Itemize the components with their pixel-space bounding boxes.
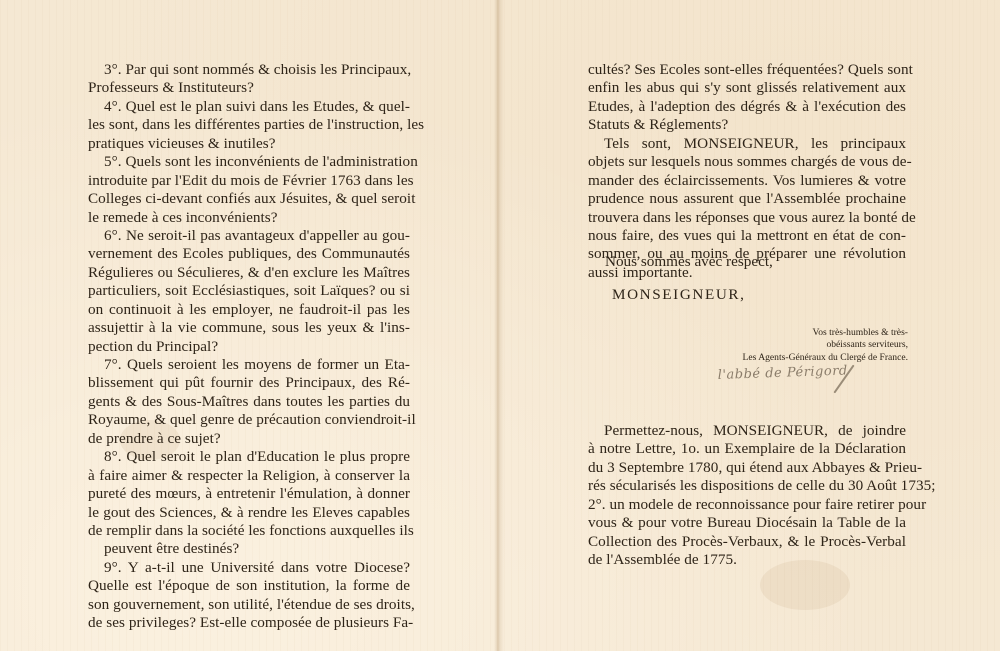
text-line: du 3 Septembre 1780, qui étend aux Abbay… bbox=[588, 459, 906, 477]
postscript-text: Permettez-nous, MONSEIGNEUR, de joindre … bbox=[588, 422, 906, 570]
left-page-text: 3°. Par qui sont nommés & choisis les Pr… bbox=[88, 61, 410, 633]
text-line: gents & des Sous-Maîtres dans toutes les… bbox=[88, 393, 410, 411]
text-line: le gout des Sciences, & à rendre les Ele… bbox=[88, 504, 410, 522]
text-line: Quelle est l'époque de son institution, … bbox=[88, 577, 410, 595]
text-line: à faire aimer & respecter la Religion, à… bbox=[88, 467, 410, 485]
text-line: 4°. Quel est le plan suivi dans les Etud… bbox=[88, 98, 410, 116]
text-line: 9°. Y a-t-il une Université dans votre D… bbox=[88, 559, 410, 577]
text-line: particuliers, soit Ecclésiastiques, soit… bbox=[88, 282, 410, 300]
text-line: le remede à ces inconvénients? bbox=[88, 209, 410, 227]
left-page: 3°. Par qui sont nommés & choisis les Pr… bbox=[0, 0, 497, 651]
text-line: son gouvernement, son utilité, l'étendue… bbox=[88, 596, 410, 614]
text-line: de remplir dans la société les fonctions… bbox=[88, 522, 410, 540]
text-line: Régulieres ou Séculieres, & d'en exclure… bbox=[88, 264, 410, 282]
text-line: Statuts & Réglements? bbox=[588, 116, 906, 134]
text-line: Royaume, & quel genre de précaution conv… bbox=[88, 411, 410, 429]
text-line: enfin les abus qui s'y sont glissés rela… bbox=[588, 79, 906, 97]
text-line: Professeurs & Instituteurs? bbox=[88, 79, 410, 97]
text-line: à notre Lettre, 1o. un Exemplaire de la … bbox=[588, 440, 906, 458]
text-line: 3°. Par qui sont nommés & choisis les Pr… bbox=[88, 61, 410, 79]
text-line: cultés? Ses Ecoles sont-elles fréquentée… bbox=[588, 61, 906, 79]
text-line: 7°. Quels seroient les moyens de former … bbox=[88, 356, 410, 374]
text-line: Tels sont, MONSEIGNEUR, les principaux bbox=[588, 135, 906, 153]
handwritten-signature: l'abbé de Périgord bbox=[718, 362, 889, 398]
text-line: vous & pour votre Bureau Diocésain la Ta… bbox=[588, 514, 906, 532]
signature-block: Vos très-humbles & très- obéissants serv… bbox=[700, 327, 908, 364]
signature-line: obéissants serviteurs, bbox=[700, 339, 908, 351]
text-line: Collection des Procès-Verbaux, & le Proc… bbox=[588, 533, 906, 551]
text-line: de ses privileges? Est-elle composée de … bbox=[88, 614, 410, 632]
right-page-text: cultés? Ses Ecoles sont-elles fréquentée… bbox=[588, 61, 906, 282]
text-line: pection du Principal? bbox=[88, 338, 410, 356]
text-line: de l'Assemblée de 1775. bbox=[588, 551, 906, 569]
text-line: nous faire, des vues qui la mettront en … bbox=[588, 227, 906, 245]
salutation: MONSEIGNEUR, bbox=[612, 286, 746, 304]
text-line: introduite par l'Edit du mois de Février… bbox=[88, 172, 410, 190]
closing-phrase: Nous sommes avec respect, bbox=[605, 253, 773, 271]
text-line: Colleges ci-devant confiés aux Jésuites,… bbox=[88, 190, 410, 208]
text-line: trouvera dans les réponses que vous aure… bbox=[588, 209, 906, 227]
text-line: 8°. Quel seroit le plan d'Education le p… bbox=[88, 448, 410, 466]
text-line: 6°. Ne seroit-il pas avantageux d'appell… bbox=[88, 227, 410, 245]
text-line: pratiques vicieuses & inutiles? bbox=[88, 135, 410, 153]
text-line: mander des éclaircissements. Vos lumiere… bbox=[588, 172, 906, 190]
text-line: peuvent être destinés? bbox=[88, 540, 410, 558]
text-line: objets sur lesquels nous sommes chargés … bbox=[588, 153, 906, 171]
text-line: pureté des mœurs, à entretenir l'émulati… bbox=[88, 485, 410, 503]
text-line: les sont, dans les différentes parties d… bbox=[88, 116, 410, 134]
text-line: de prendre à ce sujet? bbox=[88, 430, 410, 448]
text-line: Etudes, à l'adeption des dégrés & à l'ex… bbox=[588, 98, 906, 116]
text-line: vernement des Ecoles publiques, des Comm… bbox=[88, 245, 410, 263]
text-line: 2°. un modele de reconnoissance pour fai… bbox=[588, 496, 906, 514]
text-line: Permettez-nous, MONSEIGNEUR, de joindre bbox=[588, 422, 906, 440]
signature-line: Vos très-humbles & très- bbox=[700, 327, 908, 339]
text-line: blissement qui pût fournir des Principau… bbox=[88, 374, 410, 392]
text-line: on continuoit à les employer, ne faudroi… bbox=[88, 301, 410, 319]
document-scan: 3°. Par qui sont nommés & choisis les Pr… bbox=[0, 0, 1000, 651]
text-line: prudence nous assurent que l'Assemblée p… bbox=[588, 190, 906, 208]
text-line: 5°. Quels sont les inconvénients de l'ad… bbox=[88, 153, 410, 171]
text-line: rés sécularisés les dispositions de cell… bbox=[588, 477, 906, 495]
text-line: assujettir à la vie commune, sous les ye… bbox=[88, 319, 410, 337]
